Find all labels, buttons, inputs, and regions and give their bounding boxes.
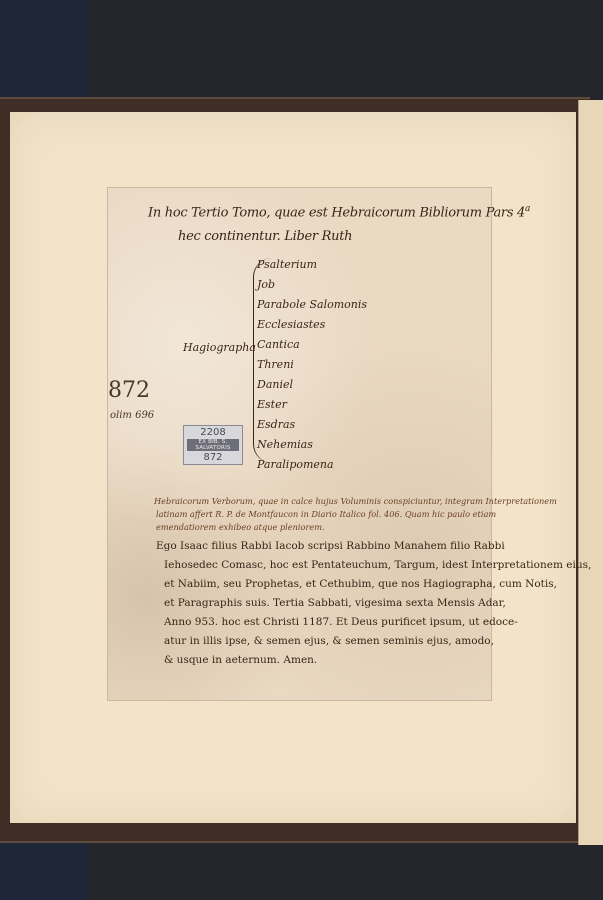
book-item: Nehemias [257,438,313,451]
book-item: Ecclesiastes [257,318,325,331]
colophon-line: Iehosedec Comasc, hoc est Pentateuchum, … [156,556,591,575]
colophon-line: et Nabiim, seu Prophetas, et Cethubim, q… [156,575,591,594]
colophon-line: & usque in aeternum. Amen. [156,651,591,670]
heading-line-2: hec continentur. Liber Ruth [178,229,352,244]
book-item: Job [257,278,275,291]
colophon-line: atur in illis ipse, & semen ejus, & seme… [156,632,591,651]
colophon-line: Anno 953. hoc est Christi 1187. Et Deus … [156,613,591,632]
heading-superscript: a [525,204,530,214]
stamp-number-bottom: 872 [184,452,242,463]
book-item: Paralipomena [257,458,334,471]
book-item: Threni [257,358,294,371]
shelfmark-number: 872 [108,378,150,403]
heading-line-1: In hoc Tertio Tomo, quae est Hebraicorum… [148,204,530,220]
book-item: Psalterium [257,258,317,271]
book-item: Daniel [257,378,293,391]
book-item: Ester [257,398,287,411]
manuscript-leaf: In hoc Tertio Tomo, quae est Hebraicorum… [107,187,492,701]
book-item: Cantica [257,338,300,351]
stamp-number-top: 2208 [184,427,242,438]
note-block: Hebraicorum Verborum, quae in calce huju… [154,495,557,534]
note-line: Hebraicorum Verborum, quae in calce huju… [154,495,557,508]
book-item: Esdras [257,418,295,431]
heading-text: In hoc Tertio Tomo, quae est Hebraicorum… [148,205,525,220]
colophon-line: et Paragraphis suis. Tertia Sabbati, vig… [156,594,591,613]
note-line: latinam affert R. P. de Montfaucon in Di… [154,508,557,521]
colophon-block: Ego Isaac filius Rabbi Iacob scripsi Rab… [156,537,591,670]
stamp-band: EX BIB. S. SALVATORIS [187,439,239,451]
library-stamp: 2208 EX BIB. S. SALVATORIS 872 [183,425,243,465]
colophon-line: Ego Isaac filius Rabbi Iacob scripsi Rab… [156,537,591,556]
former-shelfmark: olim 696 [110,410,154,421]
note-line: emendatiorem exhibeo atque pleniorem. [154,521,557,534]
group-label-hagiographa: Hagiographa [183,341,256,354]
next-page-edge [578,100,603,845]
book-item: Parabole Salomonis [257,298,367,311]
